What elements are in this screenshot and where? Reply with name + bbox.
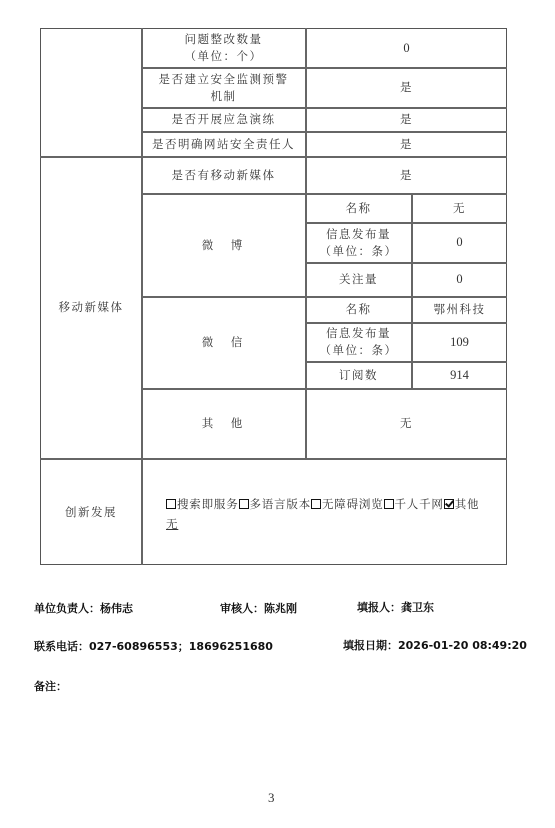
page-number: 3 (268, 790, 275, 806)
option-label: 多语言版本 (250, 497, 312, 511)
label-unit: （单位：个） (185, 48, 263, 65)
option-multilingual[interactable]: 多语言版本 (239, 497, 312, 511)
value-wechat-subscribers: 914 (412, 362, 507, 388)
label-has-mobile-media: 是否有移动新媒体 (142, 157, 305, 193)
option-label: 搜索即服务 (177, 497, 239, 511)
unit-head: 单位负责人：杨伟志 (34, 600, 133, 616)
label-weibo-name: 名称 (306, 194, 411, 222)
option-search-service[interactable]: 搜索即服务 (166, 497, 239, 511)
label-other-media: 其 他 (142, 389, 305, 458)
value-has-mobile-media: 是 (306, 157, 507, 193)
value-security-owner: 是 (306, 132, 507, 156)
reviewer: 审核人：陈兆刚 (220, 600, 297, 616)
label-text: 问题整改数量 (185, 31, 263, 48)
label-wechat-posts: 信息发布量 （单位：条） (306, 323, 411, 361)
checkbox-icon[interactable] (311, 499, 321, 509)
section-innovation: 创新发展 (41, 459, 141, 565)
label-wechat-subscribers: 订阅数 (306, 362, 411, 388)
label-unit: （单位：条） (320, 342, 398, 359)
other-innovation-text: 无 (166, 517, 178, 531)
fill-date: 填报日期：2026-01-20 08:49:20 (343, 637, 527, 653)
checkbox-icon[interactable] (166, 499, 176, 509)
value-wechat-posts: 109 (412, 323, 507, 361)
checkbox-icon[interactable] (239, 499, 249, 509)
label-security-owner: 是否明确网站安全责任人 (142, 132, 305, 156)
label-text: 信息发布量 (326, 325, 391, 342)
label-weibo-posts: 信息发布量 （单位：条） (306, 223, 411, 262)
remark: 备注： (34, 678, 67, 694)
checkbox-icon[interactable] (384, 499, 394, 509)
value-wechat-name: 鄂州科技 (412, 297, 507, 322)
value-weibo-posts: 0 (412, 223, 507, 262)
label-wechat: 微 信 (142, 297, 305, 388)
label-unit: （单位：条） (320, 243, 398, 260)
option-label: 千人千网 (395, 497, 444, 511)
value-other-media: 无 (306, 389, 507, 458)
option-label: 无障碍浏览 (322, 497, 384, 511)
value-monitoring-mechanism: 是 (306, 68, 507, 107)
option-label: 其他 (455, 497, 480, 511)
label-text-2: 机制 (211, 88, 237, 105)
checkbox-checked-icon[interactable] (444, 499, 454, 509)
section-mobile-media: 移动新媒体 (41, 157, 141, 458)
value-weibo-followers: 0 (412, 263, 507, 296)
label-wechat-name: 名称 (306, 297, 411, 322)
contact-phone: 联系电话：027-60896553；18696251680 (34, 638, 273, 654)
label-monitoring-mechanism: 是否建立安全监测预警 机制 (142, 68, 305, 107)
option-accessibility[interactable]: 无障碍浏览 (311, 497, 384, 511)
label-weibo: 微 博 (142, 194, 305, 296)
label-emergency-drill: 是否开展应急演练 (142, 108, 305, 131)
label-text: 是否建立安全监测预警 (159, 71, 289, 88)
filler: 填报人：龚卫东 (357, 599, 434, 615)
label-issue-fix-count: 问题整改数量 （单位：个） (142, 29, 305, 67)
option-personalized[interactable]: 千人千网 (384, 497, 444, 511)
label-text: 信息发布量 (326, 226, 391, 243)
innovation-options: 搜索即服务多语言版本无障碍浏览千人千网其他 无 (166, 494, 506, 534)
value-issue-fix-count: 0 (306, 29, 507, 67)
value-weibo-name: 无 (412, 194, 507, 222)
option-other[interactable]: 其他 (444, 497, 480, 511)
label-weibo-followers: 关注量 (306, 263, 411, 296)
value-emergency-drill: 是 (306, 108, 507, 131)
